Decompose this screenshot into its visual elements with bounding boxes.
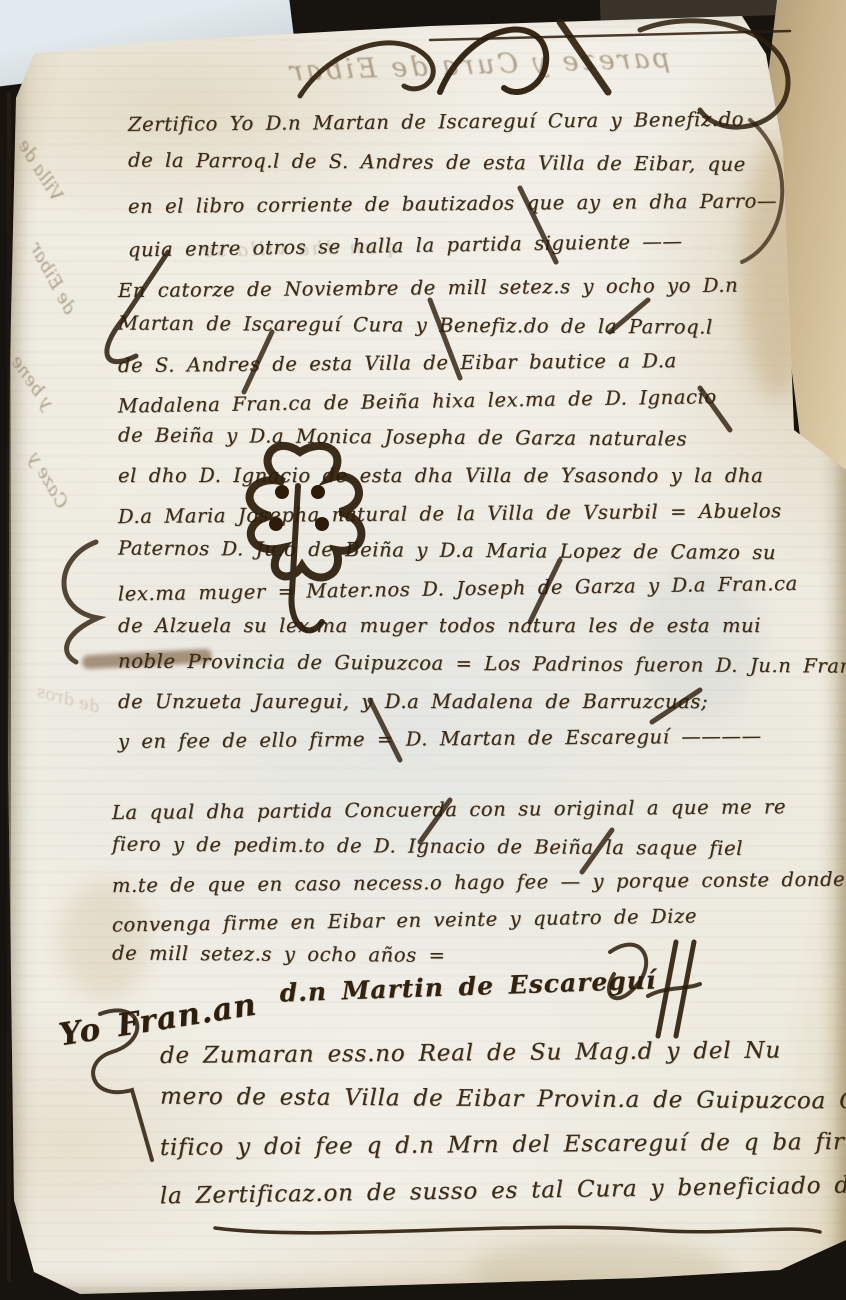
manuscript-line: la Zertificaz.on de susso es tal Cura y … <box>160 1173 841 1230</box>
manuscript-line: lex.ma muger = Mater.nos D. Joseph de Ga… <box>118 571 825 620</box>
manuscript-line: de Beiña y D.a Monica Josepha de Garza n… <box>118 424 824 467</box>
bleedthrough-text: de dros <box>35 682 102 718</box>
manuscript-scan: pareze y Cura de Eibar q en dha villa se… <box>0 0 846 1300</box>
manuscript-line: quia entre otros se halla la partida sig… <box>128 228 819 280</box>
manuscript-line: y en fee de ello firme = D. Martan de Es… <box>118 724 824 768</box>
notary-attestation-paragraph: de Zumaran ess.no Real de Su Mag.d y del… <box>160 1040 840 1224</box>
manuscript-line: D.a Maria Josepha natural de la Villa de… <box>118 498 824 542</box>
manuscript-line: En catorze de Noviembre de mill setez.s … <box>118 273 824 317</box>
manuscript-line: noble Provincia de Guipuzcoa = Los Padri… <box>118 649 824 692</box>
manuscript-line: el dho D. Ignacio de esta dha Villa de Y… <box>118 464 824 502</box>
manuscript-line: La qual dha partida Concuerda con su ori… <box>112 795 820 838</box>
certificate-intro-paragraph: Zertifico Yo D.n Martan de Iscareguí Cur… <box>128 110 818 274</box>
bleedthrough-text: pareze y Cura de Eibar <box>150 43 671 92</box>
manuscript-line: fiero y de pedim.to de D. Ignacio de Bei… <box>112 832 820 873</box>
manuscript-page: pareze y Cura de Eibar q en dha villa se… <box>0 0 846 1300</box>
manuscript-line: de Unzueta Jauregui, y D.a Madalena de B… <box>118 690 824 728</box>
closing-attestation-paragraph: La qual dha partida Concuerda con su ori… <box>112 798 820 981</box>
bleedthrough-text: Caze y <box>24 449 72 512</box>
bleedthrough-text: y bene <box>6 352 58 413</box>
manuscript-line: mero de esta Villa de Eibar Provin.a de … <box>160 1084 840 1135</box>
binding-gutter-line <box>7 92 11 1282</box>
manuscript-line: tifico y doi fee q d.n Mrn del Escareguí… <box>160 1129 840 1181</box>
water-stain <box>470 1240 730 1300</box>
manuscript-line: de la Parroq.l de S. Andres de esta Vill… <box>128 149 818 195</box>
bleedthrough-text: de Eibar <box>25 239 80 317</box>
baptism-record-paragraph: En catorze de Noviembre de mill setez.s … <box>118 276 824 765</box>
manuscript-line: Zertifico Yo D.n Martan de Iscareguí Cur… <box>128 107 818 154</box>
manuscript-line: de Zumaran ess.no Real de Su Mag.d y del… <box>160 1037 840 1089</box>
bleedthrough-text: Villa de <box>13 136 67 205</box>
manuscript-line: de Alzuela su lex.ma muger todos natura … <box>118 614 824 652</box>
manuscript-line: Martan de Iscareguí Cura y Benefiz.do de… <box>118 311 824 354</box>
